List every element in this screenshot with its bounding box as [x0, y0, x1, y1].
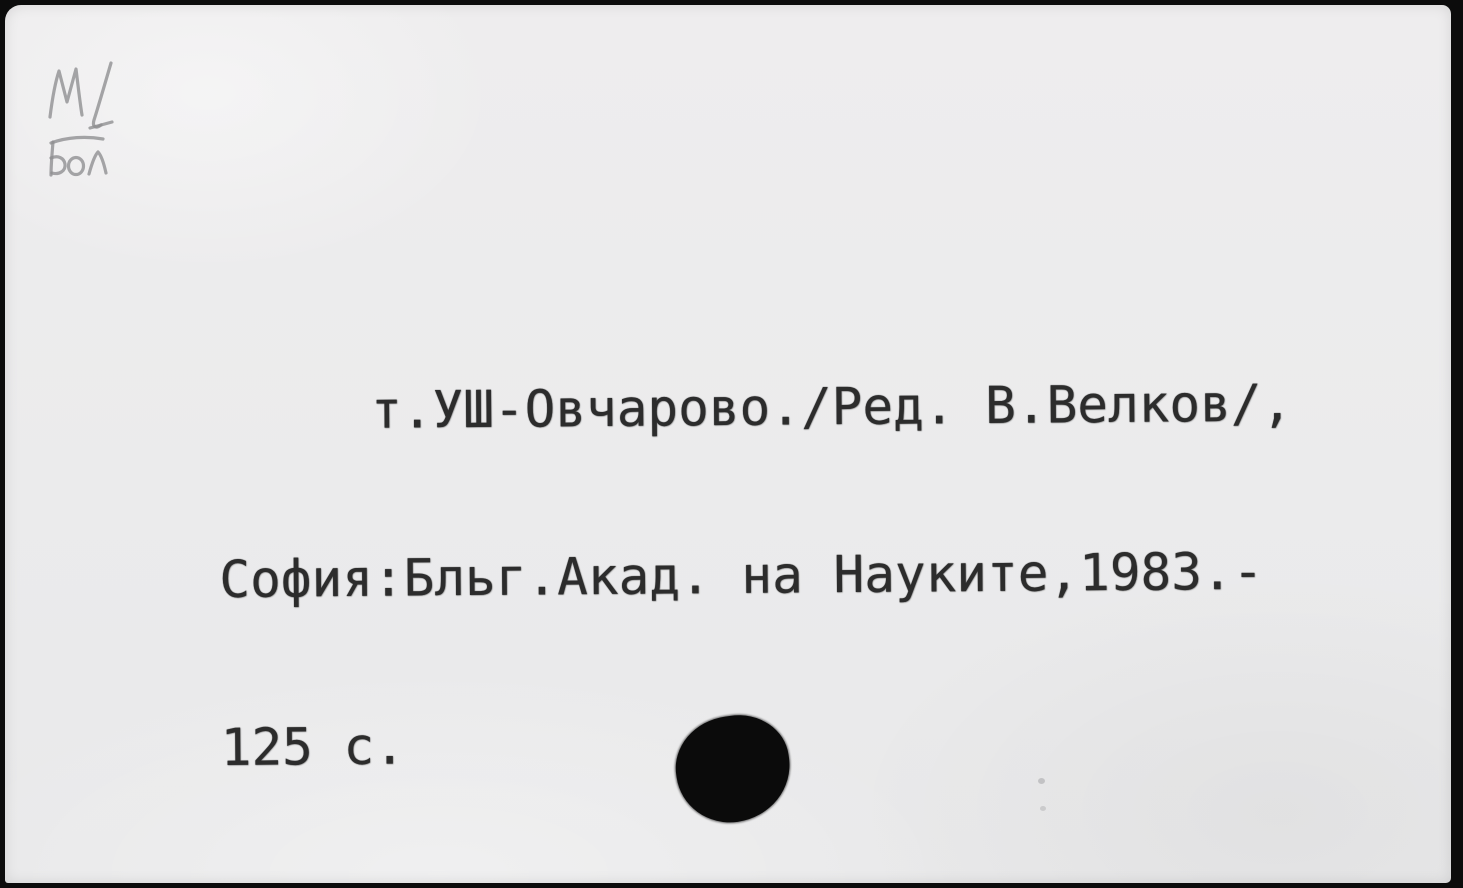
scan-speck: [1040, 806, 1046, 811]
scan-frame: т.УШ-Овчарово./Ред. В.Велков/, София:Бль…: [0, 0, 1463, 888]
pencil-annotations: [5, 5, 175, 215]
pencil-mark-top: [50, 63, 112, 128]
scan-speck: [1038, 778, 1045, 784]
pencil-mark-bottom: [51, 137, 106, 175]
entry-line-1: т.УШ-Овчарово./Ред. В.Велков/,: [218, 377, 1293, 441]
catalog-card: т.УШ-Овчарово./Ред. В.Велков/, София:Бль…: [5, 5, 1451, 883]
entry-line-2: София:Бльг.Акад. на Науките,1983.-: [219, 545, 1294, 609]
